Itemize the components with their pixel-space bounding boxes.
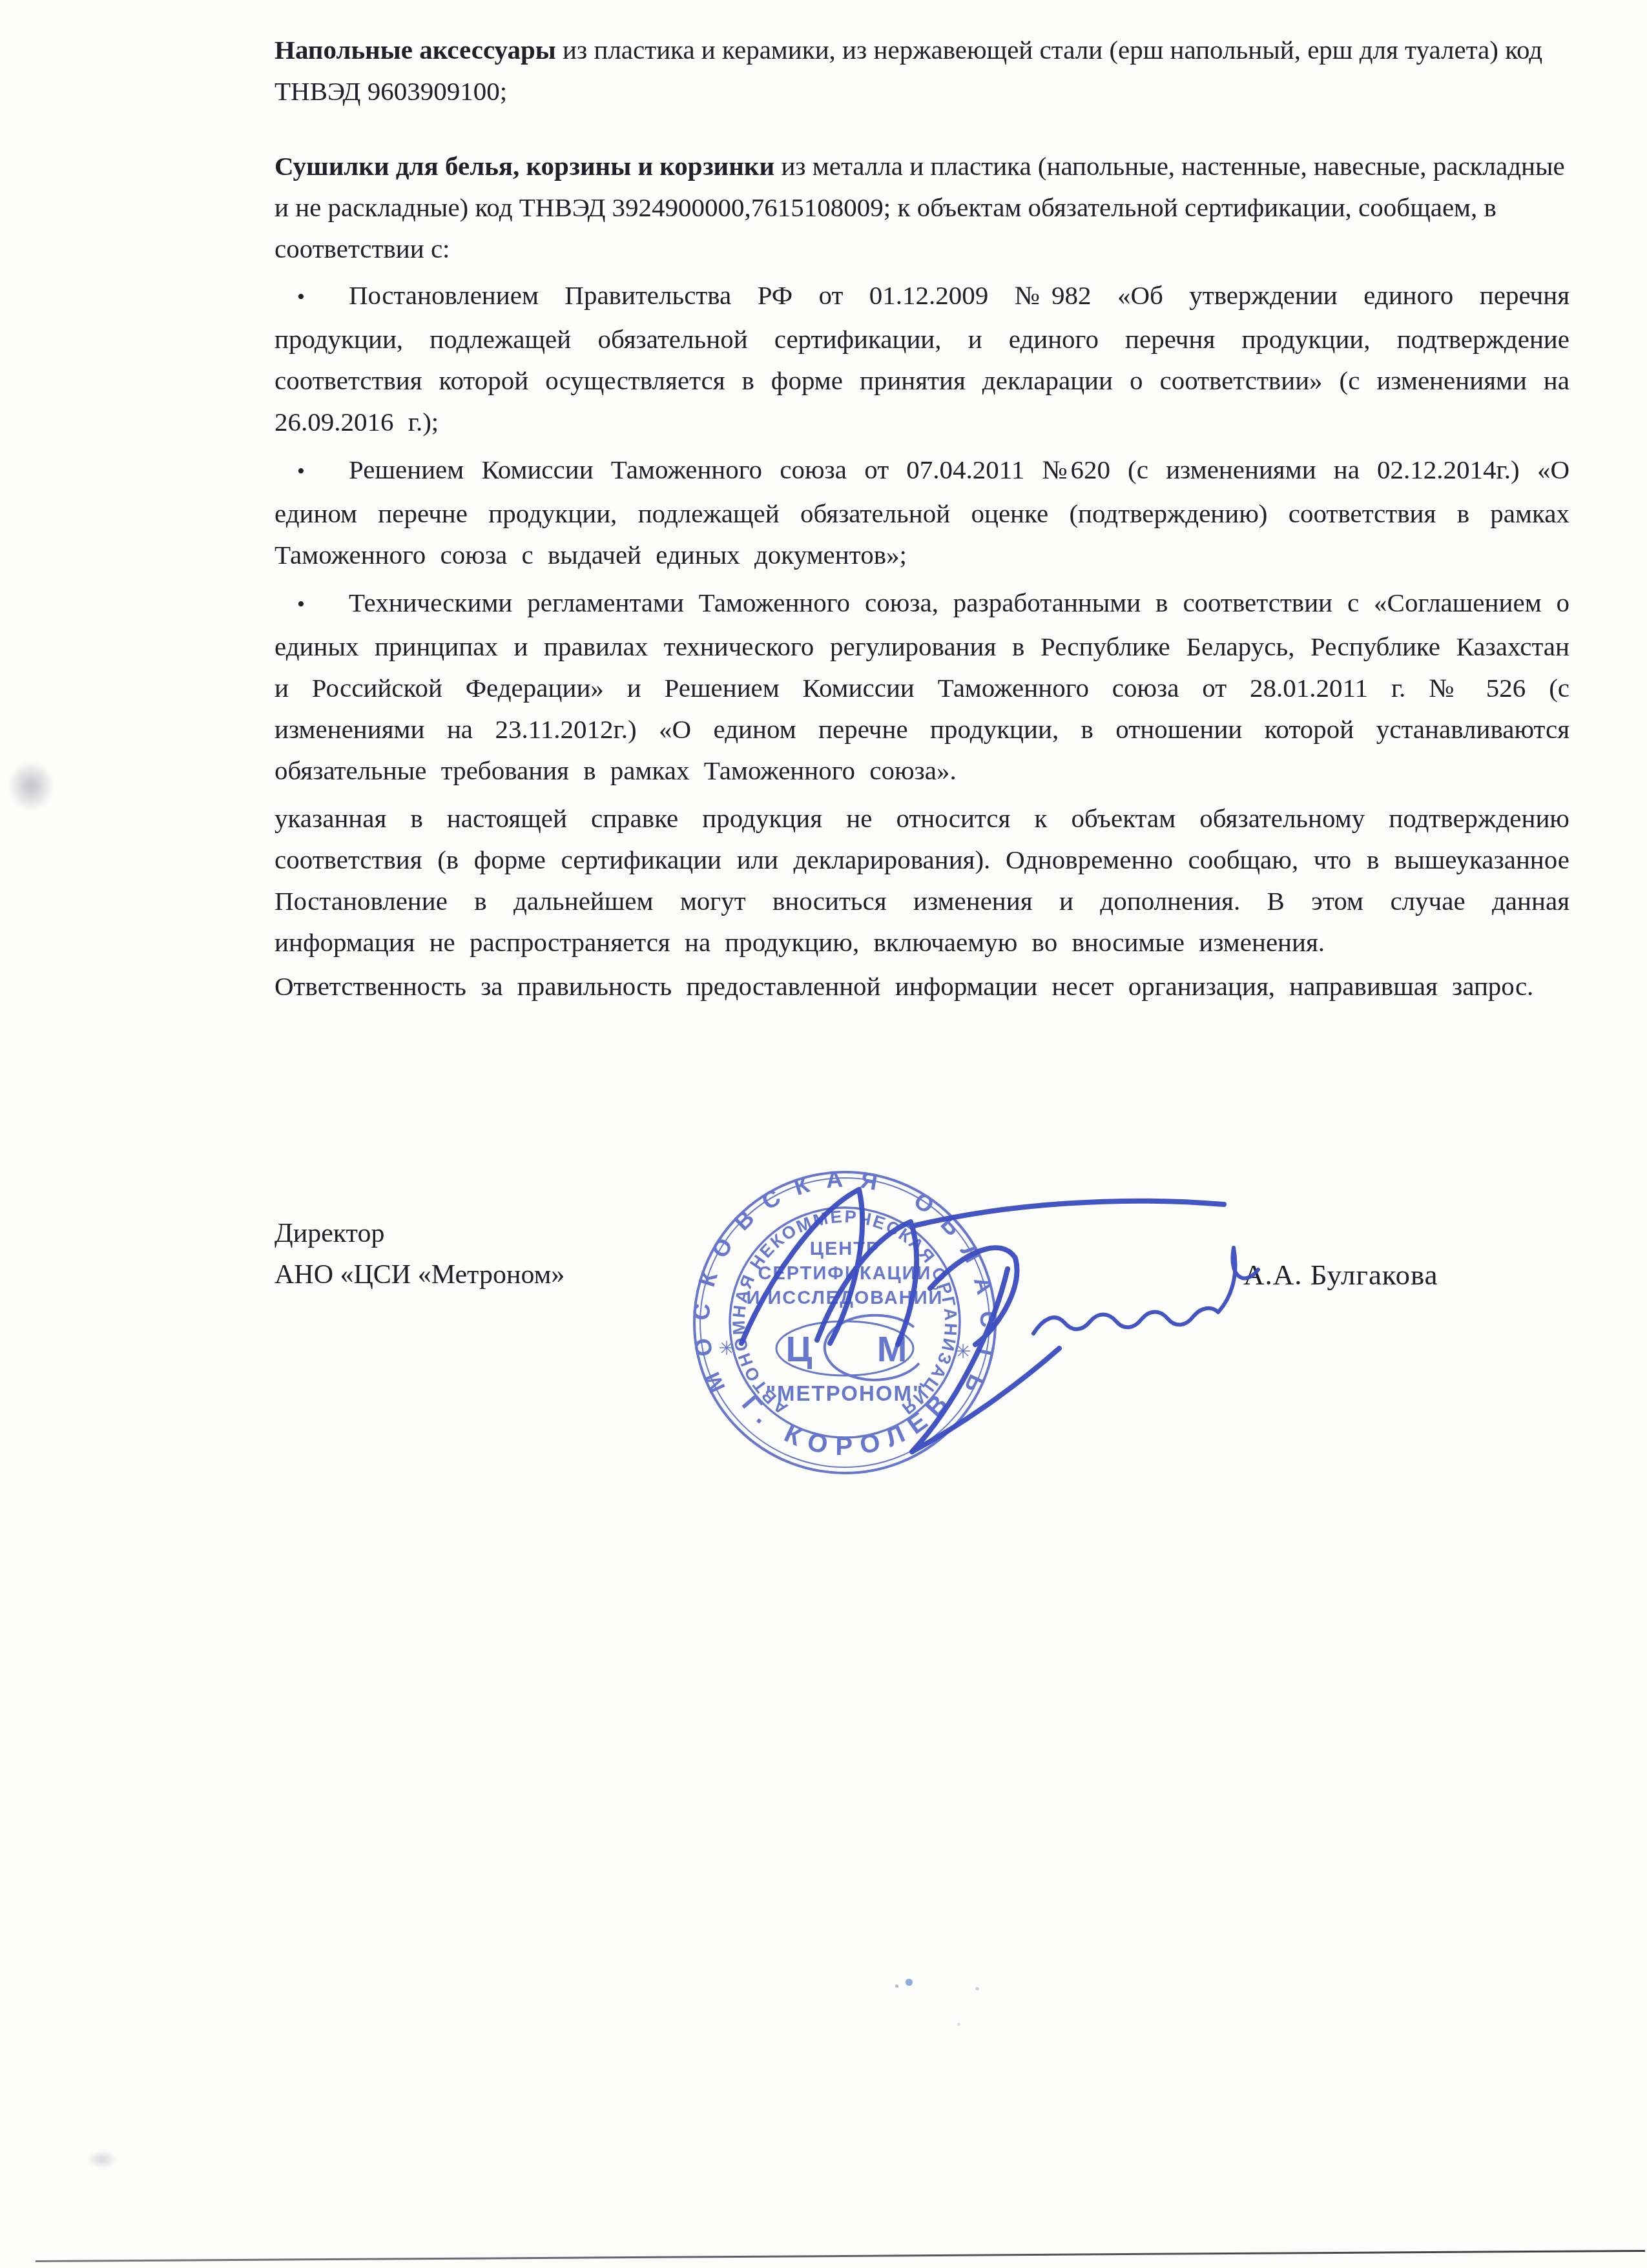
signature-top-bar xyxy=(914,1201,1224,1226)
list-item: •Постановлением Правительства РФ от 01.1… xyxy=(274,274,1569,442)
paragraph-responsibility: Ответственность за правильность предоста… xyxy=(274,965,1569,1007)
letter-body: Напольные аксессуары из пластика и керам… xyxy=(274,29,1569,1007)
regulations-bullet-list: •Постановлением Правительства РФ от 01.1… xyxy=(274,274,1569,791)
bullet-icon: • xyxy=(297,451,349,493)
signature-center-loop xyxy=(912,1248,1059,1452)
signature-left-peaks xyxy=(741,1190,917,1345)
list-item: •Решением Комиссии Таможенного союза от … xyxy=(274,449,1569,575)
paragraph-conclusion: указанная в настоящей справке продукция … xyxy=(274,798,1569,963)
scan-artifact-smudge xyxy=(87,2150,117,2169)
signatory-title: Директор xyxy=(274,1213,565,1254)
handwritten-signature xyxy=(698,1149,1292,1492)
bullet-text: Решением Комиссии Таможенного союза от 0… xyxy=(274,455,1569,570)
paragraph-bold-lead: Сушилки для белья, корзины и корзинки xyxy=(274,151,774,181)
scanned-letter-page: Напольные аксессуары из пластика и керам… xyxy=(0,0,1647,2268)
scan-artifact-speck xyxy=(975,1987,979,1990)
scan-artifact-speck xyxy=(906,1979,913,1986)
list-item: •Техническими регламентами Таможенного с… xyxy=(274,582,1569,791)
signatory-block: Директор АНО «ЦСИ «Метроном» xyxy=(274,1213,565,1295)
bullet-text: Постановлением Правительства РФ от 01.12… xyxy=(274,280,1569,437)
bullet-icon: • xyxy=(297,277,349,318)
paragraph-floor-accessories: Напольные аксессуары из пластика и керам… xyxy=(274,29,1569,112)
signature-wave-tail xyxy=(1033,1248,1258,1334)
signatory-organization: АНО «ЦСИ «Метроном» xyxy=(274,1254,565,1295)
bullet-icon: • xyxy=(297,584,349,626)
scan-artifact-speck xyxy=(895,1984,898,1988)
paragraph-bold-lead: Напольные аксессуары xyxy=(274,35,556,65)
scan-artifact-smudge xyxy=(8,761,54,811)
bullet-text: Техническими регламентами Таможенного со… xyxy=(274,588,1569,785)
scan-artifact-speck xyxy=(957,2023,960,2026)
scan-edge-line xyxy=(36,2250,1645,2262)
paragraph-dryers-baskets: Сушилки для белья, корзины и корзинки из… xyxy=(274,145,1569,269)
